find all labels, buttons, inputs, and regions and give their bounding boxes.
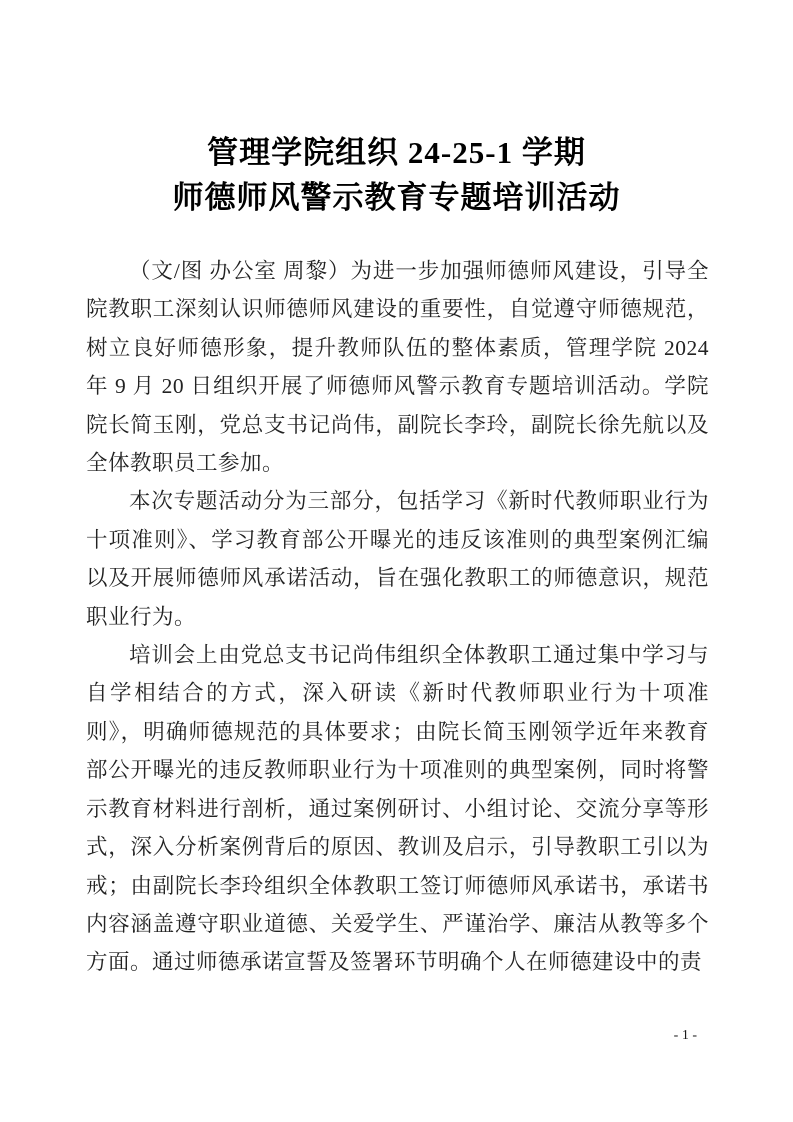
paragraph-overview: 本次专题活动分为三部分，包括学习《新时代教师职业行为十项准则》、学习教育部公开曝… [86, 482, 709, 636]
paragraph-intro: （文/图 办公室 周黎）为进一步加强师德师风建设，引导全院教职工深刻认识师德师风… [86, 252, 709, 482]
document-title: 管理学院组织 24-25-1 学期 师德师风警示教育专题培训活动 [0, 0, 793, 220]
paragraph-details: 培训会上由党总支书记尚伟组织全体教职工通过集中学习与自学相结合的方式，深入研读《… [86, 636, 709, 982]
document-page: 管理学院组织 24-25-1 学期 师德师风警示教育专题培训活动 （文/图 办公… [0, 0, 793, 1122]
document-title-line-2: 师德师风警示教育专题培训活动 [60, 175, 733, 220]
document-title-line-1: 管理学院组织 24-25-1 学期 [60, 130, 733, 175]
document-body: （文/图 办公室 周黎）为进一步加强师德师风建设，引导全院教职工深刻认识师德师风… [86, 252, 709, 982]
page-number: - 1 - [674, 1028, 697, 1044]
